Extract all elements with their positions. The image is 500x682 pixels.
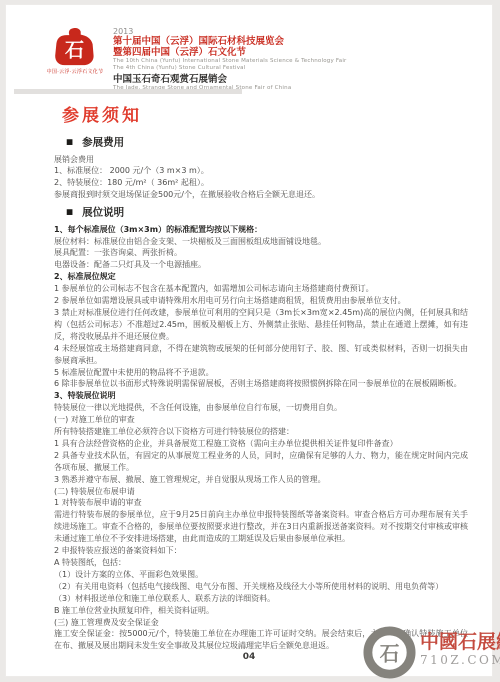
text-line: B 施工单位营业执照复印件，相关资料证明。 bbox=[54, 605, 468, 617]
watermark-text: 中國石展網 710Z.COM bbox=[420, 625, 500, 667]
document-content: ■参展费用展销会费用1、标准展位： 2000 元/个（3 m×3 m）。2、特装… bbox=[54, 135, 468, 649]
fair-title-cn-1: 第十届中国（云浮）国际石材科技展览会 bbox=[113, 36, 347, 47]
subsection-heading: 3、特装展位说明 bbox=[54, 390, 468, 402]
svg-text:石: 石 bbox=[380, 642, 400, 665]
section-heading: ■参展费用 bbox=[66, 135, 468, 150]
text-line: 5 标准展位配置中未使用的物品将不予退款。 bbox=[54, 367, 468, 379]
text-line: 2 参展单位如需增设展具或申请特殊用水用电可另行向主场搭建商租赁，租赁费用由参展… bbox=[54, 295, 468, 307]
text-line: 展销会费用 bbox=[54, 154, 468, 166]
text-line: 2、特装展位：180 元/m²（ 36m² 起租）。 bbox=[54, 177, 468, 189]
text-line: 展具配置：一张咨询桌、两张折椅。 bbox=[54, 247, 468, 259]
text-line: 1 对特装布展申请的审查 bbox=[54, 497, 468, 509]
document-content-area: 参展须知 ■参展费用展销会费用1、标准展位： 2000 元/个（3 m×3 m）… bbox=[54, 101, 468, 649]
text-line: （3）材料报送单位和施工单位联系人、联系方法的详细资料。 bbox=[54, 593, 468, 605]
section-heading: ■展位说明 bbox=[66, 205, 468, 220]
document-header: 石 中国·云浮·云浮石文化节 2013 第十届中国（云浮）国际石材科技展览会 暨… bbox=[46, 27, 347, 92]
watermark-logo-icon: 石 bbox=[362, 625, 417, 680]
section-heading-label: 展位说明 bbox=[82, 207, 124, 219]
fair-title-cn-2: 暨第四届中国（云浮）石文化节 bbox=[113, 47, 347, 58]
text-line: 电器设备：配备二只灯具及一个电源插座。 bbox=[54, 259, 468, 271]
text-line: 2 申报特装应报送的备案资料如下： bbox=[54, 545, 468, 557]
fair-title-en-2: The 4th China (Yunfu) Stone Cultural Fes… bbox=[113, 65, 347, 72]
watermark-site-name: 中國石展網 bbox=[420, 632, 500, 652]
text-line: 参展商报到时须交退场保证金500元/个，在撤展验收合格后全额无息退还。 bbox=[54, 189, 468, 201]
text-line: 1 参展单位的公司标志不包含在基本配置内，如需增加公司标志请向主场搭建商付费预订… bbox=[54, 283, 468, 295]
fair-year: 2013 bbox=[113, 27, 347, 36]
text-line: 1 具有合法经营资格的企业，并具备展览工程施工资格（需向主办单位提供相关证件复印… bbox=[54, 438, 468, 450]
watermark: 石 中國石展網 710Z.COM bbox=[362, 625, 500, 680]
text-line: (一) 对施工单位的审查 bbox=[54, 414, 468, 426]
svg-text:石: 石 bbox=[65, 40, 84, 62]
text-line: (二) 特装展位布展申请 bbox=[54, 486, 468, 498]
text-line: A 特装图纸，包括： bbox=[54, 557, 468, 569]
header-titles: 2013 第十届中国（云浮）国际石材科技展览会 暨第四届中国（云浮）石文化节 T… bbox=[113, 27, 347, 92]
text-line: 4 未经展馆或主场搭建商同意，不得在建筑物或展架的任何部分使用钉子、胶、图、钉或… bbox=[54, 343, 468, 367]
square-bullet-icon: ■ bbox=[66, 137, 73, 146]
text-line: 2 具备专业技术队伍，有固定的从事展览工程业务的人员，同时，应确保有足够的人力、… bbox=[54, 450, 468, 474]
subsection-heading: 2、标准展位规定 bbox=[54, 271, 468, 283]
text-line: （2）有关用电资料（包括电气接线图、电气分布图、开关规格及线径大小等所使用材料的… bbox=[54, 581, 468, 593]
text-line: 需进行特装布展的参展单位，应于9月25日前向主办单位申报特装图纸等备案资料。审查… bbox=[54, 509, 468, 545]
watermark-site-domain: 710Z.COM bbox=[420, 653, 500, 667]
subsection-heading: 1、每个标准展位（3m×3m）的标准配置均按以下规格： bbox=[54, 224, 468, 236]
text-line: 所有特装搭建施工单位必须符合以下资格方可进行特装展位的搭建： bbox=[54, 426, 468, 438]
stone-logo-icon: 石 bbox=[52, 27, 98, 67]
text-line: 3 熟悉并遵守布展、撤展、施工管理规定，并自觉服从现场工作人员的管理。 bbox=[54, 474, 468, 486]
section-heading-label: 参展费用 bbox=[82, 137, 124, 149]
text-line: 展位材料：标准展位由铝合金支架、一块楣板及三面围板组成地面铺设地毯。 bbox=[54, 236, 468, 248]
text-line: 特装展位一律以光地提供，不含任何设施，由参展单位自行布展，一切费用自负。 bbox=[54, 402, 468, 414]
header-divider bbox=[14, 89, 242, 94]
text-line: 1、标准展位： 2000 元/个（3 m×3 m）。 bbox=[54, 165, 468, 177]
logo-tagline: 中国·云浮·云浮石文化节 bbox=[46, 68, 104, 75]
text-line: 3 禁止对标准展位进行任何改建，参展单位可利用的空间只是（3m长×3m宽×2.4… bbox=[54, 307, 468, 343]
fair-logo: 石 中国·云浮·云浮石文化节 bbox=[46, 27, 104, 92]
text-line: （1）设计方案的立体、平面彩色效果图。 bbox=[54, 569, 468, 581]
page-title: 参展须知 bbox=[62, 101, 468, 126]
fair-subtitle-cn: 中国玉石奇石观赏石展销会 bbox=[113, 74, 347, 85]
text-line: 6 除非参展单位以书面形式特殊说明需保留展板，否则主场搭建商将按照惯例拆除在同一… bbox=[54, 378, 468, 390]
document-page: 石 中国·云浮·云浮石文化节 2013 第十届中国（云浮）国际石材科技展览会 暨… bbox=[5, 4, 493, 677]
square-bullet-icon: ■ bbox=[66, 207, 73, 216]
fair-title-en-1: The 10th China (Yunfu) International Sto… bbox=[113, 58, 347, 65]
